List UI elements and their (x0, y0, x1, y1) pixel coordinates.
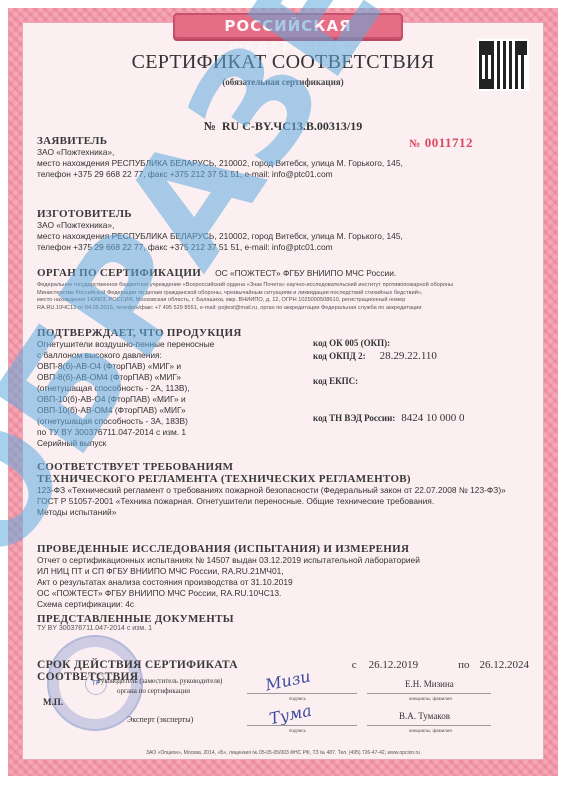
requirements-line: ГОСТ Р 51057-2001 «Техника пожарная. Огн… (37, 496, 529, 507)
code-ekps-row: код ЕКПС: (313, 376, 465, 386)
requirements-section: СООТВЕТСТВУЕТ ТРЕБОВАНИЯМ ТЕХНИЧЕСКОГО Р… (37, 461, 529, 518)
code-okpd2-value: 28.29.22.110 (380, 350, 437, 362)
product-line: с баллоном высокого давления: (37, 350, 283, 361)
certification-body-section: ОРГАН ПО СЕРТИФИКАЦИИ ОС «ПОЖТЕСТ» ФГБУ … (37, 267, 529, 312)
code-tnved-value: 8424 10 000 0 (401, 412, 464, 424)
expert-name-line (367, 725, 491, 726)
product-line: по ТУ BY 300376711.047-2014 с изм. 1 (37, 427, 283, 438)
product-line: Серийный выпуск (37, 438, 283, 449)
code-okpd2-row: код ОКПД 2: 28.29.22.110 (313, 350, 465, 362)
code-tnved-label: код ТН ВЭД России: (313, 413, 395, 423)
certificate-paper: РОССИЙСКАЯ ФЕДЕРАЦИЯ СЕРТИФИКАТ СООТВЕТС… (22, 22, 544, 760)
product-line: ОВП-8(б)-АВ-ОМ4 (ФторПАВ) «МИГ» (37, 372, 283, 383)
qr-code-icon (477, 39, 529, 91)
requirements-line: 123-ФЗ «Технический регламент о требован… (37, 485, 529, 496)
product-line: ОВП-8(б)-АВ-О4 (ФторПАВ) «МИГ» и (37, 361, 283, 372)
tests-section: ПРОВЕДЕННЫЕ ИССЛЕДОВАНИЯ (ИСПЫТАНИЯ) И И… (37, 543, 529, 610)
certificate-number-prefix: № (204, 119, 216, 133)
signature-block: Руководитель (заместитель руководителя) … (37, 675, 529, 775)
validity-from-label: с (352, 659, 357, 671)
product-line: Огнетушители воздушно-пенные переносные (37, 339, 283, 350)
product-line: (огнетушащая способность - 3А, 183В) (37, 416, 283, 427)
certification-body-detail: RA.RU.10ЧС13 от 04.05.2015, телефон/факс… (37, 305, 529, 313)
documents-line: ТУ BY 300376711.047-2014 с изм. 1 (37, 625, 529, 633)
code-okp-row: код ОК 005 (ОКП): (313, 338, 465, 348)
document-title: СЕРТИФИКАТ СООТВЕТСТВИЯ (83, 51, 483, 74)
head-role-line1: Руководитель (заместитель руководителя) (97, 677, 222, 685)
code-tnved-row: код ТН ВЭД России: 8424 10 000 0 (313, 412, 465, 424)
seal-label: М.П. (43, 697, 63, 707)
expert-role: Эксперт (эксперты) (127, 715, 193, 724)
validity-from-date: 26.12.2019 (369, 659, 419, 671)
expert-name-caption: инициалы, фамилия (409, 727, 452, 735)
certificate-number-value: RU C-BY.ЧС13.В.00313/19 (222, 119, 362, 133)
tests-line: Схема сертификации: 4с (37, 599, 529, 610)
product-line: ОВП-10(б)-АВ-О4 (ФторПАВ) «МИГ» и (37, 394, 283, 405)
head-role-line2: органа по сертификации (117, 687, 190, 695)
certificate-frame: РОССИЙСКАЯ ФЕДЕРАЦИЯ СЕРТИФИКАТ СООТВЕТС… (8, 8, 558, 776)
expert-signature-caption: подпись (289, 727, 306, 735)
documents-section: ПРЕДСТАВЛЕННЫЕ ДОКУМЕНТЫ ТУ BY 300376711… (37, 613, 529, 633)
certification-body-name: ОС «ПОЖТЕСТ» ФГБУ ВНИИПО МЧС России. (215, 268, 396, 279)
product-line: (огнетушащая способность - 2А, 113В), (37, 383, 283, 394)
applicant-section: ЗАЯВИТЕЛЬ ЗАО «Пожтехника», место нахожд… (37, 135, 529, 180)
documents-heading: ПРЕДСТАВЛЕННЫЕ ДОКУМЕНТЫ (37, 613, 529, 625)
certificate-number: № RU C-BY.ЧС13.В.00313/19 (23, 119, 543, 134)
manufacturer-heading: ИЗГОТОВИТЕЛЬ (37, 208, 529, 220)
tests-line: ИЛ НИЦ ПТ и СП ФГБУ ВНИИПО МЧС России, R… (37, 566, 529, 577)
certification-body-detail: место нахождения 143903, РОССИЯ, Московс… (37, 297, 529, 305)
applicant-contacts: телефон +375 29 668 22 77, факс +375 212… (37, 169, 529, 180)
manufacturer-section: ИЗГОТОВИТЕЛЬ ЗАО «Пожтехника», место нах… (37, 208, 529, 253)
validity-to-label: по (458, 659, 469, 671)
tests-line: ОС «ПОЖТЕСТ» ФГБУ ВНИИПО МЧС России, RA.… (37, 588, 529, 599)
manufacturer-name: ЗАО «Пожтехника», (37, 220, 529, 231)
product-codes: код ОК 005 (ОКП): код ОКПД 2: 28.29.22.1… (313, 338, 465, 426)
head-name: Е.Н. Мизина (405, 679, 454, 689)
printer-line: ЗАО «Опцион», Москва, 2014, «Б», лицензи… (23, 750, 543, 756)
document-subtitle: (обязательная сертификация) (83, 77, 483, 87)
code-ekps-label: код ЕКПС: (313, 376, 358, 386)
code-okp-label: код ОК 005 (ОКП): (313, 338, 390, 348)
code-okpd2-label: код ОКПД 2: (313, 351, 366, 361)
product-section: ПОДТВЕРЖДАЕТ, ЧТО ПРОДУКЦИЯ Огнетушители… (37, 327, 283, 449)
validity-to-date: 26.12.2024 (480, 659, 530, 671)
expert-name: В.А. Тумаков (399, 711, 450, 721)
head-signature-line (247, 693, 357, 694)
product-heading: ПОДТВЕРЖДАЕТ, ЧТО ПРОДУКЦИЯ (37, 327, 283, 339)
expert-signature-line (247, 725, 357, 726)
manufacturer-address: место нахождения РЕСПУБЛИКА БЕЛАРУСЬ, 21… (37, 231, 529, 242)
certification-body-heading: ОРГАН ПО СЕРТИФИКАЦИИ (37, 267, 201, 279)
head-name-line (367, 693, 491, 694)
tests-heading: ПРОВЕДЕННЫЕ ИССЛЕДОВАНИЯ (ИСПЫТАНИЯ) И И… (37, 543, 529, 555)
tests-line: Отчет о сертификационных испытаниях № 14… (37, 555, 529, 566)
head-name-caption: инициалы, фамилия (409, 695, 452, 703)
product-line: ОВП-10(б)-АВ-ОМ4 (ФторПАВ) «МИГ» (37, 405, 283, 416)
country-banner: РОССИЙСКАЯ ФЕДЕРАЦИЯ (173, 13, 403, 39)
applicant-address: место нахождения РЕСПУБЛИКА БЕЛАРУСЬ, 21… (37, 158, 529, 169)
manufacturer-contacts: телефон +375 29 668 22 77, факс +375 212… (37, 242, 529, 253)
certification-body-detail: Федеральное государственное бюджетное уч… (37, 282, 529, 290)
requirements-subheading: ТЕХНИЧЕСКОГО РЕГЛАМЕНТА (ТЕХНИЧЕСКИХ РЕГ… (37, 473, 529, 485)
requirements-heading: СООТВЕТСТВУЕТ ТРЕБОВАНИЯМ (37, 461, 529, 473)
applicant-heading: ЗАЯВИТЕЛЬ (37, 135, 529, 147)
requirements-line: Методы испытаний» (37, 507, 529, 518)
tests-line: Акт о результатах анализа состояния прои… (37, 577, 529, 588)
applicant-name: ЗАО «Пожтехника», (37, 147, 529, 158)
